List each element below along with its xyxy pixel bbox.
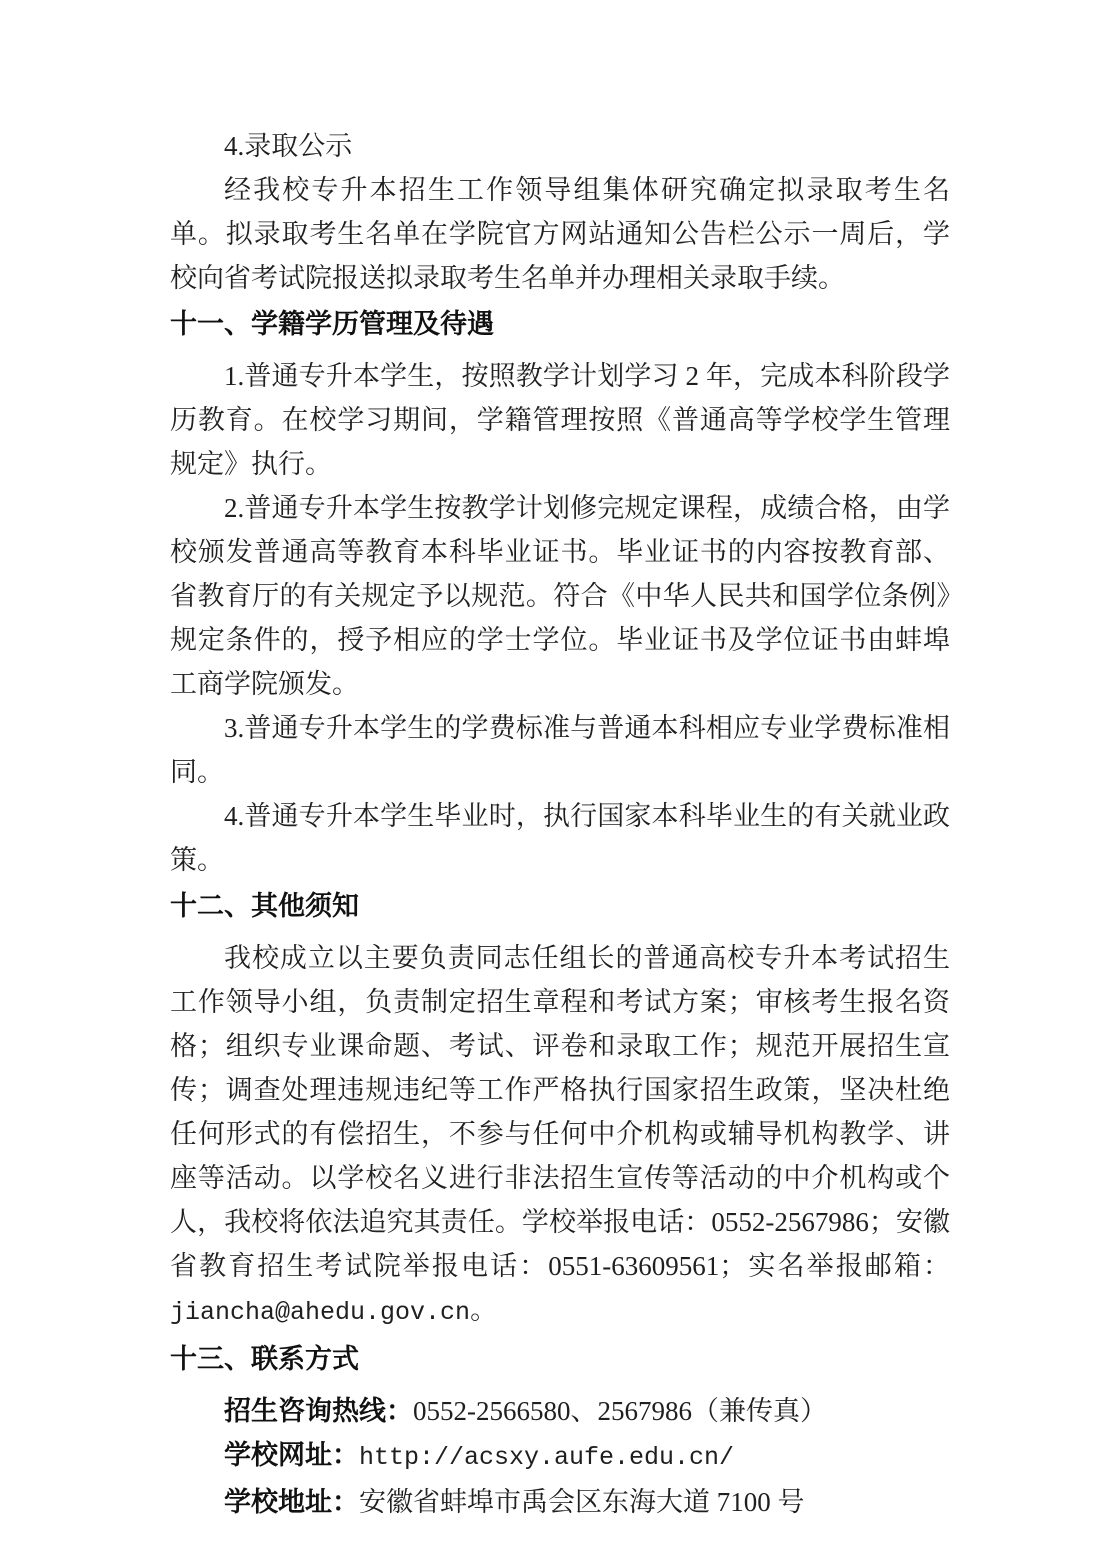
address-label: 学校地址： [224, 1487, 359, 1517]
document-page: 4.录取公示 经我校专升本招生工作领导组集体研究确定拟录取考生名单。拟录取考生名… [0, 0, 1102, 1559]
paragraph-section11-diploma: 2.普通专升本学生按教学计划修完规定课程，成绩合格，由学校颁发普通高等教育本科毕… [170, 486, 950, 706]
website-label: 学校网址： [224, 1440, 359, 1470]
hotline-value: 0552-2566580、2567986（兼传真） [413, 1396, 827, 1426]
hotline-label: 招生咨询热线： [224, 1396, 413, 1426]
paragraph-section11-tuition: 3.普通专升本学生的学费标准与普通本科相应专业学费标准相同。 [170, 706, 950, 794]
section-heading-12-other-notes: 十二、其他须知 [170, 884, 950, 928]
paragraph-admission-publicity-title: 4.录取公示 [170, 124, 950, 168]
section-heading-13-contact: 十三、联系方式 [170, 1337, 950, 1381]
section12-body-end: 。 [470, 1295, 497, 1325]
section12-body-text: 我校成立以主要负责同志任组长的普通高校专升本考试招生工作领导小组，负责制定招生章… [170, 943, 950, 1281]
paragraph-section11-employment-policy: 4.普通专升本学生毕业时，执行国家本科毕业生的有关就业政策。 [170, 794, 950, 882]
contact-address-line: 学校地址：安徽省蚌埠市禹会区东海大道 7100 号 [170, 1480, 950, 1524]
contact-website-line: 学校网址：http://acsxy.aufe.edu.cn/ [170, 1433, 950, 1480]
report-email: jiancha@ahedu.gov.cn [170, 1298, 470, 1327]
paragraph-admission-publicity-body: 经我校专升本招生工作领导组集体研究确定拟录取考生名单。拟录取考生名单在学院官方网… [170, 168, 950, 300]
paragraph-section12-other-notes: 我校成立以主要负责同志任组长的普通高校专升本考试招生工作领导小组，负责制定招生章… [170, 936, 950, 1335]
paragraph-section11-study-plan: 1.普通专升本学生，按照教学计划学习 2 年，完成本科阶段学历教育。在校学习期间… [170, 354, 950, 486]
contact-hotline-line: 招生咨询热线：0552-2566580、2567986（兼传真） [170, 1389, 950, 1433]
address-value: 安徽省蚌埠市禹会区东海大道 7100 号 [359, 1487, 805, 1517]
section-heading-11-enrollment-status: 十一、学籍学历管理及待遇 [170, 302, 950, 346]
website-url: http://acsxy.aufe.edu.cn/ [359, 1443, 734, 1472]
